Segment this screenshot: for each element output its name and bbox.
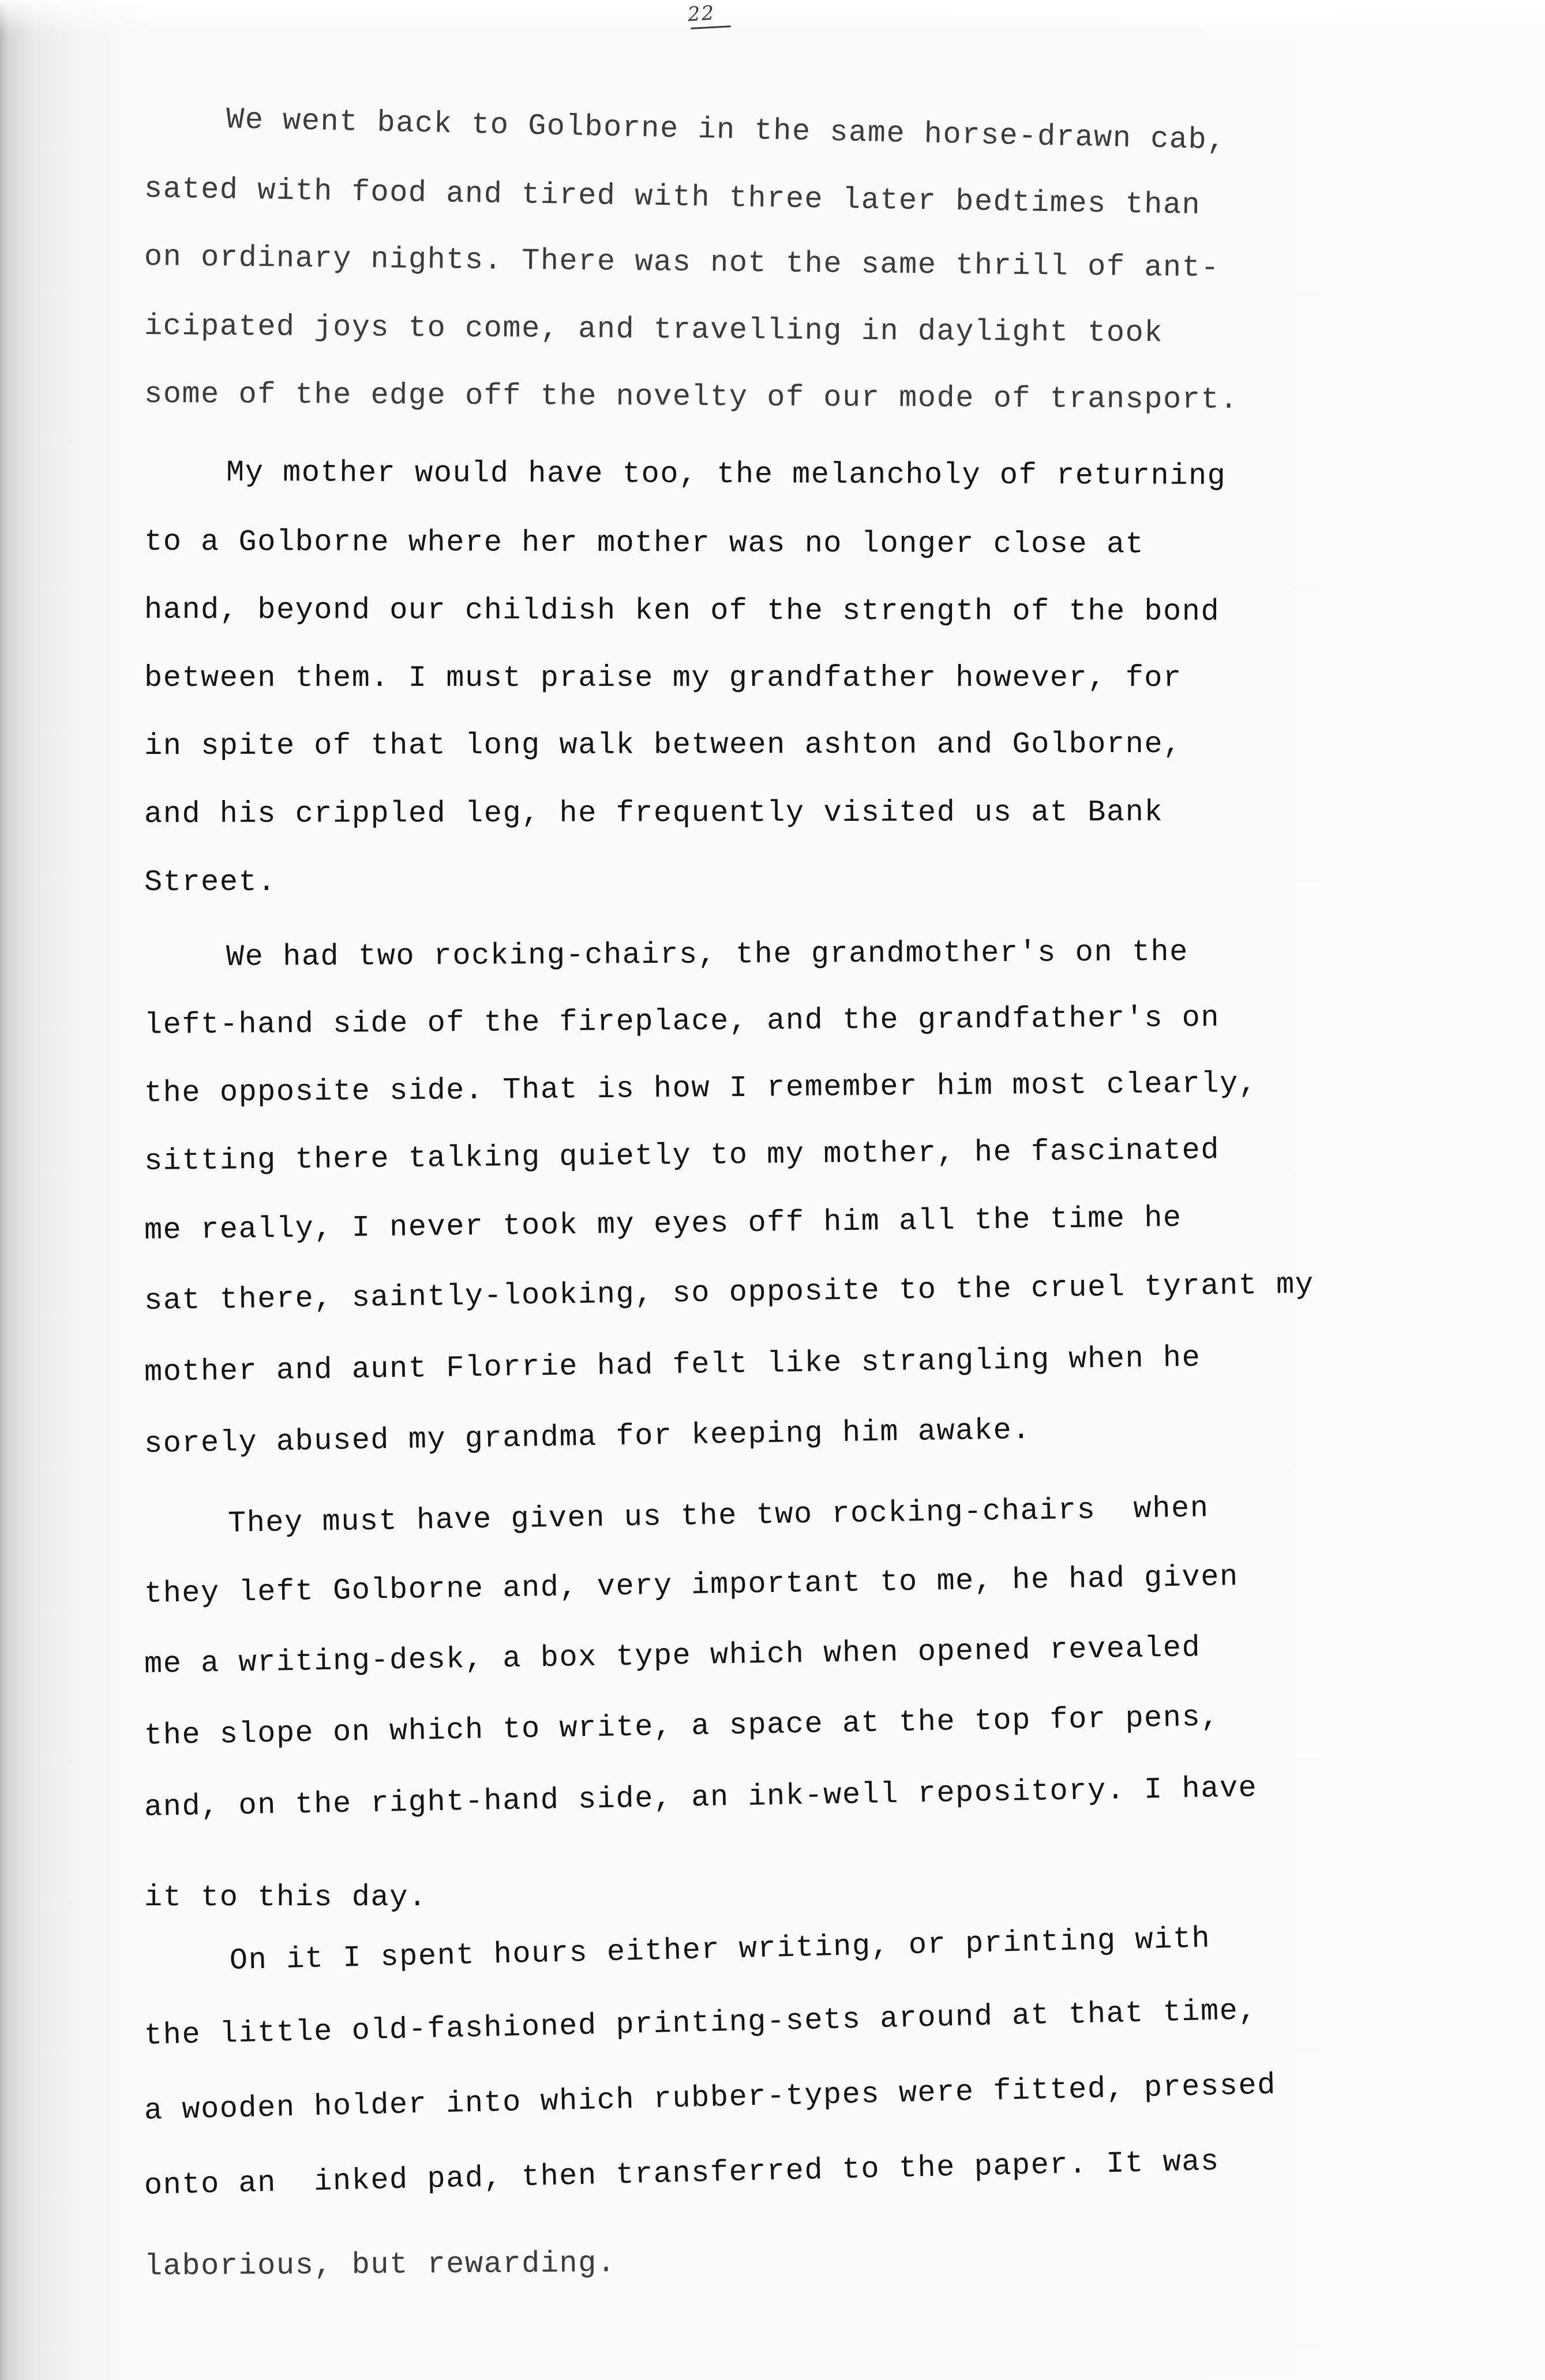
paragraph-3-line-7: mother and aunt Florrie had felt like st… (144, 1341, 1201, 1390)
paragraph-4-line-3: me a writing-desk, a box type which when… (144, 1631, 1201, 1682)
paragraph-1-line-3: on ordinary nights. There was not the sa… (144, 240, 1220, 286)
paragraph-3-line-8: sorely abused my grandma for keeping him… (144, 1413, 1032, 1462)
paragraph-5-line-1: On it I spent hours either writing, or p… (229, 1921, 1211, 1979)
paragraph-2-line-6: and his crippled leg, he frequently visi… (144, 795, 1163, 832)
paragraph-4-line-6: it to this day. (144, 1880, 427, 1915)
paragraph-2-line-3: hand, beyond our childish ken of the str… (144, 593, 1220, 629)
paragraph-2-line-1: My mother would have too, the melancholy… (226, 456, 1227, 494)
paragraph-2-line-2: to a Golborne where her mother was no lo… (144, 525, 1145, 562)
paragraph-1-line-4: icipated joys to come, and travelling in… (144, 309, 1163, 351)
paragraph-5-line-4: onto an inked pad, then transferred to t… (144, 2145, 1220, 2203)
paragraph-4-line-1: They must have given us the two rocking-… (228, 1491, 1209, 1541)
paragraph-4-line-5: and, on the right-hand side, an ink-well… (144, 1771, 1257, 1825)
paragraph-3-line-5: me really, I never took my eyes off him … (144, 1201, 1182, 1248)
paragraph-5-line-2: the little old-fashioned printing-sets a… (144, 1994, 1257, 2054)
page-number: 22 (687, 1, 716, 26)
paragraph-1-line-2: sated with food and tired with three lat… (144, 172, 1201, 223)
scanned-page: 22 We went back to Golborne in the same … (0, 0, 1545, 2380)
paragraph-1-line-1: We went back to Golborne in the same hor… (226, 103, 1226, 158)
paragraph-1-line-5: some of the edge off the novelty of our … (144, 377, 1239, 418)
paragraph-2-line-4: between them. I must praise my grandfath… (144, 661, 1182, 696)
paragraph-5-line-3: a wooden holder into which rubber-types … (144, 2068, 1276, 2129)
paragraph-3-line-3: the opposite side. That is how I remembe… (144, 1067, 1258, 1111)
paragraph-3-line-4: sitting there talking quietly to my moth… (144, 1133, 1220, 1179)
paragraph-5-line-5: laborious, but rewarding. (144, 2246, 616, 2284)
paragraph-3-line-6: sat there, saintly-looking, so opposite … (144, 1268, 1314, 1319)
paragraph-2-line-5: in spite of that long walk between ashto… (144, 727, 1182, 764)
page-top-shade (0, 0, 1545, 35)
paragraph-3-line-1: We had two rocking-chairs, the grandmoth… (226, 935, 1188, 975)
paragraph-4-line-2: they left Golborne and, very important t… (144, 1560, 1239, 1612)
paragraph-3-line-2: left-hand side of the fireplace, and the… (144, 1001, 1220, 1043)
paragraph-2-line-7: Street. (144, 865, 276, 900)
paragraph-4-line-4: the slope on which to write, a space at … (144, 1700, 1220, 1754)
